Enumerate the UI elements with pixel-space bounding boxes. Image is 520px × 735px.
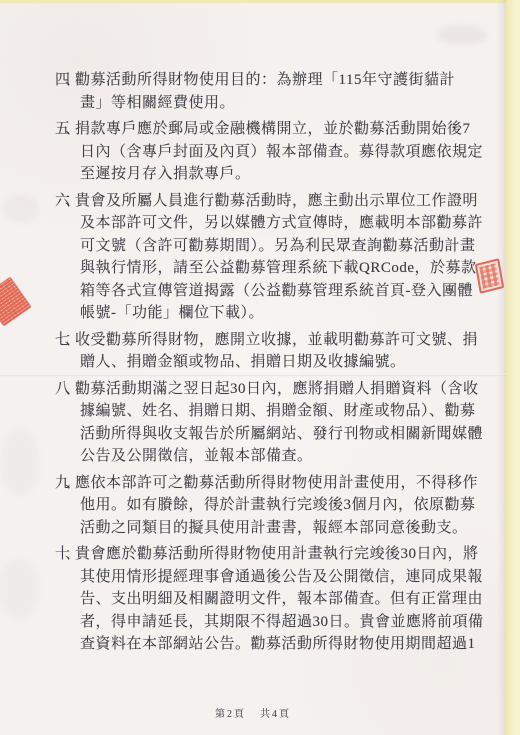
item-text: 可文號（含許可勸募期間）。另為利民眾查詢勸募活動計畫 <box>80 238 476 254</box>
document-line: 十、貴會應於勸募活動所得財物使用計畫執行完竣後30日內，將 <box>55 543 489 566</box>
page-footer: 第2頁共4頁 <box>0 705 506 720</box>
item-number: 九、 <box>55 472 75 495</box>
document-line: 八、勸募活動期滿之翌日起30日內，應將捐贈人捐贈資料（含收 <box>55 378 489 401</box>
item-text: 贈人、捐贈金額或物品、捐贈日期及收據編號。 <box>80 354 406 370</box>
document-line: 贈人、捐贈金額或物品、捐贈日期及收據編號。 <box>55 351 489 374</box>
document-line: 公告及公開徵信，並報本部備查。 <box>55 445 489 468</box>
item-text: 查資料在本部網站公告。勸募活動所得財物使用期間超過1 <box>80 636 476 652</box>
item-text: 勸募活動所得財物使用目的：為辦理「115年守護街貓計 <box>75 72 455 88</box>
document-item: 六、貴會及所屬人員進行勸募活動時，應主動出示單位工作證明及本部許可文件，另以媒體… <box>55 190 489 325</box>
item-text: 應依本部許可之勸募活動所得財物使用計畫使用，不得移作 <box>75 475 478 491</box>
item-text: 據編號、姓名、捐贈日期、捐贈金額、財產或物品）、勸募 <box>80 403 476 419</box>
item-number: 八、 <box>55 378 75 401</box>
item-text: 日內（含專戶封面及內頁）報本部備查。募得款項應依規定 <box>80 144 483 160</box>
item-text: 活動所得與收支報告於所屬網站、發行刊物或相關新聞媒體 <box>80 426 483 442</box>
document-line: 日內（含專戶封面及內頁）報本部備查。募得款項應依規定 <box>55 141 489 164</box>
document-line: 據編號、姓名、捐贈日期、捐贈金額、財產或物品）、勸募 <box>55 400 489 423</box>
item-text: 勸募活動期滿之翌日起30日內，應將捐贈人捐贈資料（含收 <box>75 381 479 397</box>
item-number: 六、 <box>55 190 75 213</box>
document-line: 活動所得與收支報告於所屬網站、發行刊物或相關新聞媒體 <box>55 423 489 446</box>
document-item: 四、勸募活動所得財物使用目的：為辦理「115年守護街貓計畫」等相關經費使用。 <box>55 69 489 114</box>
document-line: 九、應依本部許可之勸募活動所得財物使用計畫使用，不得移作 <box>55 472 489 495</box>
document-item: 十、貴會應於勸募活動所得財物使用計畫執行完竣後30日內，將其使用情形提經理事會通… <box>55 543 489 656</box>
document-line: 查資料在本部網站公告。勸募活動所得財物使用期間超過1 <box>55 633 489 656</box>
item-number: 十、 <box>55 543 75 566</box>
document-line: 告、支出明細及相關證明文件，報本部備查。但有正當理由 <box>55 588 489 611</box>
red-seal-stamp-left <box>0 277 32 327</box>
item-number: 五、 <box>55 118 75 141</box>
item-text: 活動之同類目的擬具使用計畫書，報經本部同意後動支。 <box>80 520 468 536</box>
item-text: 其使用情形提經理事會通過後公告及公開徵信，連同成果報 <box>80 569 483 585</box>
document-line: 畫」等相關經費使用。 <box>55 92 489 115</box>
document-line: 者，得申請延長，其期限不得超過30日。貴會並應將前項備 <box>55 611 489 634</box>
document-line: 活動之同類目的擬具使用計畫書，報經本部同意後動支。 <box>55 517 489 540</box>
item-text: 者，得申請延長，其期限不得超過30日。貴會並應將前項備 <box>80 614 484 630</box>
item-text: 貴會及所屬人員進行勸募活動時，應主動出示單位工作證明 <box>75 193 478 209</box>
item-text: 帳號-「功能」欄位下載）。 <box>80 305 264 321</box>
page-edge-shadow <box>497 0 506 735</box>
item-text: 收受勸募所得財物，應開立收據，並載明勸募許可文號、捐 <box>75 332 478 348</box>
item-number: 四、 <box>55 69 75 92</box>
document-line: 四、勸募活動所得財物使用目的：為辦理「115年守護街貓計 <box>55 69 489 92</box>
item-text: 貴會應於勸募活動所得財物使用計畫執行完竣後30日內，將 <box>75 546 479 562</box>
document-line: 七、收受勸募所得財物，應開立收據，並載明勸募許可文號、捐 <box>55 329 489 352</box>
document-line: 帳號-「功能」欄位下載）。 <box>55 302 489 325</box>
footer-page-number: 第2頁 <box>215 709 246 720</box>
document-line: 他用。如有賸餘，得於計畫執行完竣後3個月內，依原勸募 <box>55 494 489 517</box>
document-item: 七、收受勸募所得財物，應開立收據，並載明勸募許可文號、捐贈人、捐贈金額或物品、捐… <box>55 329 489 374</box>
item-text: 捐款專戶應於郵局或金融機構開立，並於勸募活動開始後7 <box>75 121 471 137</box>
item-text: 及本部許可文件，另以媒體方式宣傳時，應載明本部勸募許 <box>80 215 483 231</box>
item-number: 七、 <box>55 329 75 352</box>
document-line: 與執行情形，請至公益勸募管理系統下載QRCode，於募款 <box>55 257 489 280</box>
bleed-through-mark <box>0 560 38 618</box>
scanned-page: { "colors": { "paper": "#f5f1ef", "edge_… <box>0 0 520 735</box>
document-item: 五、捐款專戶應於郵局或金融機構開立，並於勸募活動開始後7日內（含專戶封面及內頁）… <box>55 118 489 186</box>
document-line: 及本部許可文件，另以媒體方式宣傳時，應載明本部勸募許 <box>55 212 489 235</box>
document-item: 九、應依本部許可之勸募活動所得財物使用計畫使用，不得移作他用。如有賸餘，得於計畫… <box>55 472 489 540</box>
item-text: 畫」等相關經費使用。 <box>80 95 235 111</box>
document-line: 其使用情形提經理事會通過後公告及公開徵信，連同成果報 <box>55 566 489 589</box>
document-item: 八、勸募活動期滿之翌日起30日內，應將捐贈人捐贈資料（含收據編號、姓名、捐贈日期… <box>55 378 489 468</box>
document-body: 四、勸募活動所得財物使用目的：為辦理「115年守護街貓計畫」等相關經費使用。五、… <box>55 69 489 660</box>
page-edge-strip-top <box>0 0 520 3</box>
bleed-through-mark <box>4 196 38 222</box>
item-text: 公告及公開徵信，並報本部備查。 <box>80 448 313 464</box>
document-line: 至遲按月存入捐款專戶。 <box>55 163 489 186</box>
item-text: 告、支出明細及相關證明文件，報本部備查。但有正當理由 <box>80 591 483 607</box>
document-line: 可文號（含許可勸募期間）。另為利民眾查詢勸募活動計畫 <box>55 235 489 258</box>
page-edge-strip-right <box>506 0 520 735</box>
item-text: 箱等各式宣傳管道揭露（公益勸募管理系統首頁-登入團體 <box>80 283 473 299</box>
document-line: 六、貴會及所屬人員進行勸募活動時，應主動出示單位工作證明 <box>55 190 489 213</box>
item-text: 與執行情形，請至公益勸募管理系統下載QRCode，於募款 <box>80 260 477 276</box>
bleed-through-mark <box>438 26 486 44</box>
item-text: 他用。如有賸餘，得於計畫執行完竣後3個月內，依原勸募 <box>80 497 476 513</box>
footer-page-total: 共4頁 <box>260 709 291 720</box>
document-line: 五、捐款專戶應於郵局或金融機構開立，並於勸募活動開始後7 <box>55 118 489 141</box>
document-line: 箱等各式宣傳管道揭露（公益勸募管理系統首頁-登入團體 <box>55 280 489 303</box>
item-text: 至遲按月存入捐款專戶。 <box>80 166 251 182</box>
bleed-through-mark <box>2 430 38 494</box>
